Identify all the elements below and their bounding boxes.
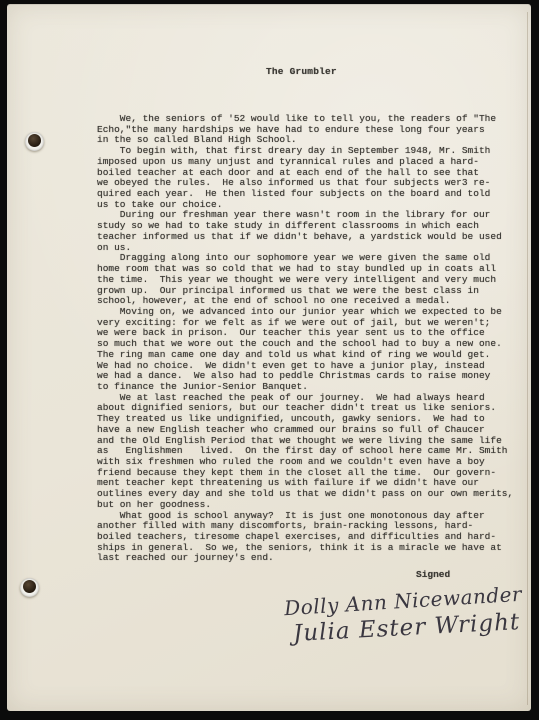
photo-background: The Grumbler We, the seniors of '52 woul…	[0, 0, 539, 720]
hole-punch-bottom	[20, 578, 39, 597]
hole-punch-top	[25, 132, 44, 151]
signed-label: Signed	[416, 569, 450, 580]
hole-punch-bottom-center	[23, 580, 36, 593]
document-page: The Grumbler We, the seniors of '52 woul…	[7, 4, 531, 711]
page-title: The Grumbler	[266, 66, 337, 77]
document-body: We, the seniors of '52 would like to tel…	[97, 114, 513, 564]
hole-punch-top-center	[28, 134, 41, 147]
